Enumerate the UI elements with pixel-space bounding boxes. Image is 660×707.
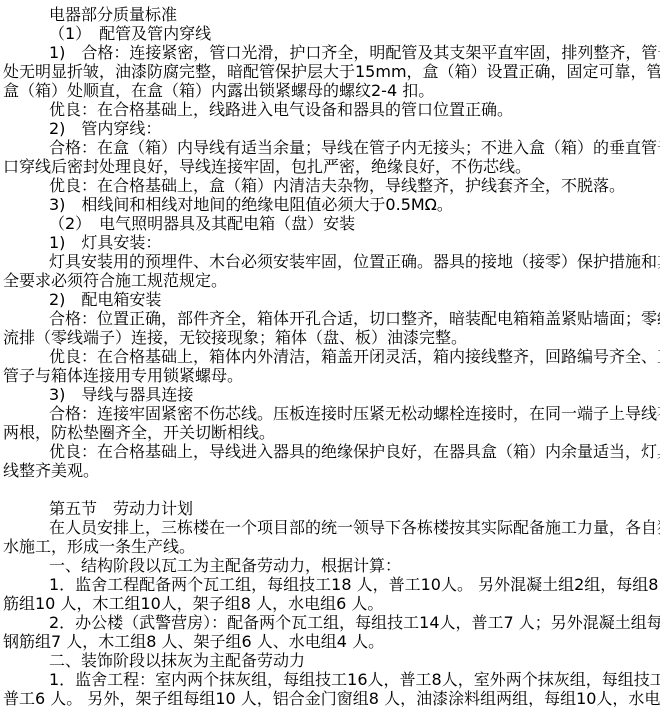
text-line: （1） 配管及管内穿线 bbox=[0, 24, 660, 43]
text-line: 合格：连接牢固紧密不伤芯线。压板连接时压紧无松动螺栓连接时，在同一端子上导线不超… bbox=[0, 404, 660, 423]
text-line: 第五节 劳动力计划 bbox=[0, 499, 660, 518]
text-line: 优良：在合格基础上，线路进入电气设备和器具的管口位置正确。 bbox=[0, 100, 660, 119]
document-page: 电器部分质量标准（1） 配管及管内穿线1) 合格：连接紧密，管口光滑，护口齐全，… bbox=[0, 0, 660, 707]
text-line: 水施工，形成一条生产线。 bbox=[0, 537, 660, 556]
text-line: （2） 电气照明器具及其配电箱（盘）安装 bbox=[0, 214, 660, 233]
text-line: 合格：位置正确，部件齐全，箱体开孔合适，切口整齐，暗装配电箱箱盖紧贴墙面；零线经… bbox=[0, 309, 660, 328]
text-line: 1．监舍工程：室内两个抹灰组，每组技工16人，普工8人，室外两个抹灰组，每组技工… bbox=[0, 670, 660, 689]
text-line: 1) 灯具安装： bbox=[0, 233, 660, 252]
text-line bbox=[0, 480, 660, 499]
text-line: 一、结构阶段以瓦工为主配备劳动力，根据计算： bbox=[0, 556, 660, 575]
text-line: 优良：在合格基础上，盒（箱）内清洁夫杂物，导线整齐，护线套齐全，不脱落。 bbox=[0, 176, 660, 195]
text-line: 口穿线后密封处理良好，导线连接牢固，包扎严密，绝缘良好，不伤芯线。 bbox=[0, 157, 660, 176]
text-line: 3) 相线间和相线对地间的绝缘电阻值必须大于0.5MΩ。 bbox=[0, 195, 660, 214]
text-line: 优良：在合格基础上，导线进入器具的绝缘保护良好，在器具盒（箱）内余量适当，灯具引… bbox=[0, 442, 660, 461]
text-line: 优良：在合格基础上，箱体内外清洁，箱盖开闭灵活，箱内接线整齐，回路编号齐全、正确… bbox=[0, 347, 660, 366]
text-line: 全要求必须符合施工规范规定。 bbox=[0, 271, 660, 290]
text-line: 流排（零线端子）连接，无铰接现象；箱体（盘、板）油漆完整。 bbox=[0, 328, 660, 347]
text-line: 钢筋组7 人，木工组8 人、架子组6 人、水电组4 人。 bbox=[0, 632, 660, 651]
text-line: 2) 管内穿线： bbox=[0, 119, 660, 138]
text-line: 在人员安排上，三栋楼在一个项目部的统一领导下各栋楼按其实际配备施工力量，各自独立… bbox=[0, 518, 660, 537]
text-line: 管子与箱体连接用专用锁紧螺母。 bbox=[0, 366, 660, 385]
text-line: 合格：在盒（箱）内导线有适当余量；导线在管子内无接头；不进入盒（箱）的垂直管子的… bbox=[0, 138, 660, 157]
text-line: 电器部分质量标准 bbox=[0, 5, 660, 24]
text-line: 两根，防松垫圈齐全，开关切断相线。 bbox=[0, 423, 660, 442]
text-line: 线整齐美观。 bbox=[0, 461, 660, 480]
text-line: 2) 配电箱安装 bbox=[0, 290, 660, 309]
text-line: 3) 导线与器具连接 bbox=[0, 385, 660, 404]
text-line: 灯具安装用的预埋件、木台必须安装牢固，位置正确。器具的接地（接零）保护措施和其他… bbox=[0, 252, 660, 271]
text-line: 筋组10 人，木工组10人，架子组8 人，水电组6 人。 bbox=[0, 594, 660, 613]
text-line: 处无明显折皱，油漆防腐完整，暗配管保护层大于15mm，盒（箱）设置正确，固定可靠… bbox=[0, 62, 660, 81]
text-line: 1．监舍工程配备两个瓦工组，每组技工18 人，普工10人。 另外混凝土组2组，每… bbox=[0, 575, 660, 594]
text-line: 盒（箱）处顺直，在盒（箱）内露出锁紧螺母的螺纹2-4 扣。 bbox=[0, 81, 660, 100]
text-line: 2．办公楼（武警营房）：配备两个瓦工组，每组技工14人，普工7 人；另外混凝土组… bbox=[0, 613, 660, 632]
text-line: 普工6 人。 另外，架子组每组10 人，铝合金门窗组8 人，油漆涂料组两组，每组… bbox=[0, 689, 660, 707]
document-body: 电器部分质量标准（1） 配管及管内穿线1) 合格：连接紧密，管口光滑，护口齐全，… bbox=[0, 5, 660, 707]
text-line: 1) 合格：连接紧密，管口光滑，护口齐全，明配管及其支架平直牢固，排列整齐，管子… bbox=[0, 43, 660, 62]
text-line: 二、装饰阶段以抹灰为主配备劳动力 bbox=[0, 651, 660, 670]
